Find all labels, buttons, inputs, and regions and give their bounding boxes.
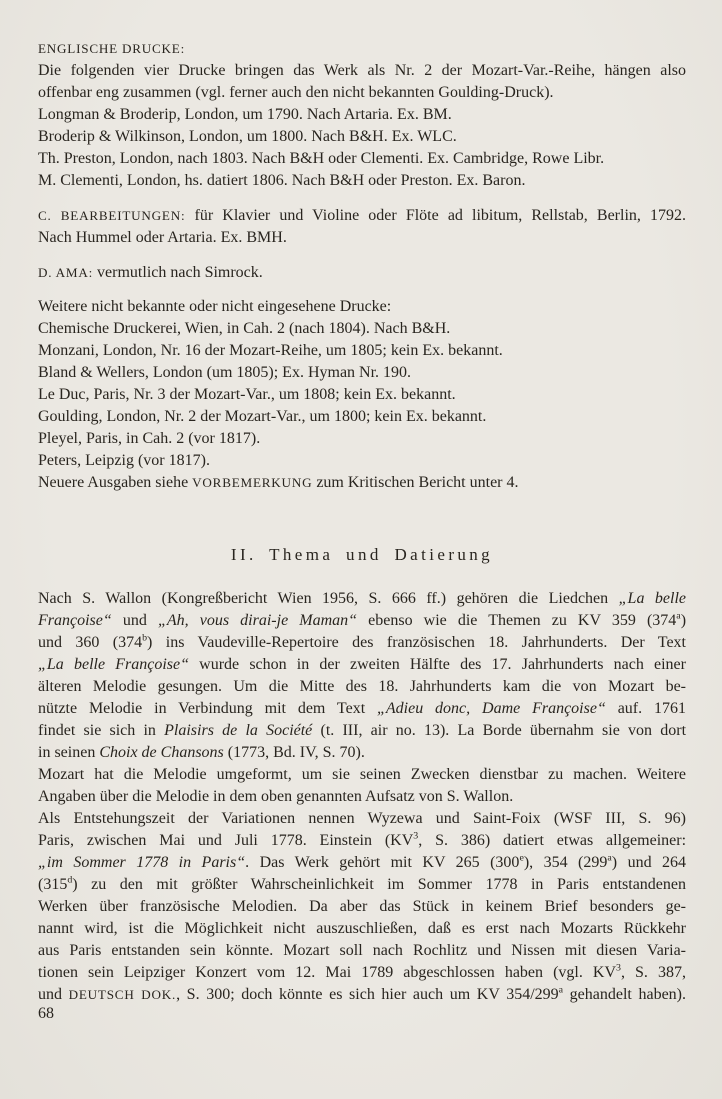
text-line: Neuere Ausgaben siehe VORBEMERKUNG zum K…: [38, 472, 686, 494]
paragraph-english-prints: Die folgenden vier Drucke bringen das We…: [38, 60, 686, 192]
text-segment: M. Clementi, London, hs. datiert 1806. N…: [38, 172, 525, 189]
text-segment: ) zu den mit größter Wahrscheinlichkeit …: [72, 876, 686, 893]
text-segment: nannt wird, ist die Möglichkeit nicht au…: [38, 920, 686, 937]
text-line: Bland & Wellers, London (um 1805); Ex. H…: [38, 362, 686, 384]
text-line: Nach S. Wallon (Kongreßbericht Wien 1956…: [38, 588, 686, 610]
text-segment: nützte Melodie in Verbindung mit dem Tex…: [38, 700, 377, 717]
text-segment: (315: [38, 876, 67, 893]
text-line: Pleyel, Paris, in Cah. 2 (vor 1817).: [38, 428, 686, 450]
text-segment: wurde schon in der zweiten Hälfte des 17…: [189, 656, 686, 673]
text-line: Mozart hat die Melodie umgeformt, um sie…: [38, 764, 686, 786]
text-line: in seinen Choix de Chansons (1773, Bd. I…: [38, 742, 686, 764]
text-segment: Peters, Leipzig (vor 1817).: [38, 452, 210, 469]
text-segment: Longman & Broderip, London, um 1790. Nac…: [38, 106, 452, 123]
text-segment: gehandelt haben).: [563, 986, 686, 1003]
section-english-prints: ENGLISCHE DRUCKE: Die folgenden vier Dru…: [38, 38, 686, 192]
text-segment: Mozart hat die Melodie umgeformt, um sie…: [38, 766, 686, 783]
text-line: Longman & Broderip, London, um 1790. Nac…: [38, 104, 686, 126]
text-segment: Plaisirs de la Société: [164, 722, 312, 739]
text-segment: , S. 386) datiert etwas allgemeiner:: [418, 832, 686, 849]
text-segment: vermutlich nach Simrock.: [93, 264, 263, 281]
text-segment: aus Paris entstanden sein könnte. Mozart…: [38, 942, 686, 959]
text-line: Broderip & Wilkinson, London, um 1800. N…: [38, 126, 686, 148]
paragraph-thema-und-datierung: Nach S. Wallon (Kongreßbericht Wien 1956…: [38, 588, 686, 1006]
text-segment: DEUTSCH DOK.: [69, 987, 176, 1002]
text-line: Die folgenden vier Drucke bringen das We…: [38, 60, 686, 82]
section-weitere-drucke: Weitere nicht bekannte oder nicht einges…: [38, 296, 686, 494]
text-segment: Choix de Chansons: [99, 744, 223, 761]
text-line: M. Clementi, London, hs. datiert 1806. N…: [38, 170, 686, 192]
text-segment: ) ins Vaudeville-Repertoire des französi…: [147, 634, 686, 651]
text-segment: D. AMA:: [38, 265, 93, 280]
text-line: D. AMA: vermutlich nach Simrock.: [38, 262, 686, 284]
text-line: Nach Hummel oder Artaria. Ex. BMH.: [38, 227, 686, 249]
text-segment: Th. Preston, London, nach 1803. Nach B&H…: [38, 150, 604, 167]
paragraph-ama: D. AMA: vermutlich nach Simrock.: [38, 262, 686, 284]
text-segment: findet sie sich in: [38, 722, 164, 739]
text-segment: Monzani, London, Nr. 16 der Mozart-Reihe…: [38, 342, 503, 359]
section-heading-thema-und-datierung: II. Thema und Datierung: [38, 544, 686, 566]
section-bearbeitungen: C. BEARBEITUNGEN: für Klavier und Violin…: [38, 205, 686, 249]
text-segment: Als Entstehungszeit der Variationen nenn…: [38, 810, 686, 827]
text-line: Chemische Druckerei, Wien, in Cah. 2 (na…: [38, 318, 686, 340]
text-segment: auf. 1761: [606, 700, 686, 717]
text-segment: ebenso wie die Themen zu KV 359 (374: [357, 612, 676, 629]
text-line: Weitere nicht bekannte oder nicht einges…: [38, 296, 686, 318]
section-label-english-prints: ENGLISCHE DRUCKE:: [38, 38, 686, 60]
text-segment: offenbar eng zusammen (vgl. ferner auch …: [38, 84, 554, 101]
page-number: 68: [38, 1003, 54, 1025]
text-segment: ) und 264: [612, 854, 686, 871]
text-line: Peters, Leipzig (vor 1817).: [38, 450, 686, 472]
scanned-book-page: ENGLISCHE DRUCKE: Die folgenden vier Dru…: [0, 0, 722, 1099]
text-segment: „Adieu donc, Dame Françoise“: [377, 700, 606, 717]
text-segment: Angaben über die Melodie in dem oben gen…: [38, 788, 513, 805]
text-line: älteren Melodie gesungen. Um die Mitte d…: [38, 676, 686, 698]
text-line: Françoise“ und „Ah, vous dirai-je Maman“…: [38, 610, 686, 632]
text-segment: Neuere Ausgaben siehe: [38, 474, 192, 491]
text-segment: und: [112, 612, 158, 629]
text-line: (315d) zu den mit größter Wahrscheinlich…: [38, 874, 686, 896]
text-segment: Die folgenden vier Drucke bringen das We…: [38, 62, 686, 79]
text-segment: Chemische Druckerei, Wien, in Cah. 2 (na…: [38, 320, 450, 337]
text-line: Goulding, London, Nr. 2 der Mozart-Var.,…: [38, 406, 686, 428]
text-segment: Nach Hummel oder Artaria. Ex. BMH.: [38, 229, 287, 246]
text-segment: Paris, zwischen Mai und Juli 1778. Einst…: [38, 832, 413, 849]
section-thema-und-datierung: Nach S. Wallon (Kongreßbericht Wien 1956…: [38, 588, 686, 1006]
text-segment: , S. 387,: [621, 964, 686, 981]
text-line: Werken über französische Melodien. Da ab…: [38, 896, 686, 918]
text-line: „im Sommer 1778 in Paris“. Das Werk gehö…: [38, 852, 686, 874]
text-line: nannt wird, ist die Möglichkeit nicht au…: [38, 918, 686, 940]
text-line: offenbar eng zusammen (vgl. ferner auch …: [38, 82, 686, 104]
text-segment: Werken über französische Melodien. Da ab…: [38, 898, 686, 915]
text-segment: Goulding, London, Nr. 2 der Mozart-Var.,…: [38, 408, 486, 425]
text-line: aus Paris entstanden sein könnte. Mozart…: [38, 940, 686, 962]
text-segment: und 360 (374: [38, 634, 142, 651]
text-segment: Le Duc, Paris, Nr. 3 der Mozart-Var., um…: [38, 386, 456, 403]
text-segment: Nach S. Wallon (Kongreßbericht Wien 1956…: [38, 590, 619, 607]
section-ama: D. AMA: vermutlich nach Simrock.: [38, 262, 686, 284]
text-line: tionen sein Leipziger Konzert vom 12. Ma…: [38, 962, 686, 984]
text-segment: Weitere nicht bekannte oder nicht einges…: [38, 298, 391, 315]
text-line: Als Entstehungszeit der Variationen nenn…: [38, 808, 686, 830]
text-line: C. BEARBEITUNGEN: für Klavier und Violin…: [38, 205, 686, 227]
text-segment: Françoise“: [38, 612, 112, 629]
text-segment: , S. 300; doch könnte es sich hier auch …: [176, 986, 559, 1003]
text-segment: „Ah, vous dirai-je Maman“: [158, 612, 357, 629]
text-segment: VORBEMERKUNG: [192, 475, 312, 490]
text-segment: Broderip & Wilkinson, London, um 1800. N…: [38, 128, 457, 145]
text-line: und 360 (374b) ins Vaudeville-Repertoire…: [38, 632, 686, 654]
text-segment: (t. III, air no. 13). La Borde übernahm …: [312, 722, 686, 739]
text-line: und DEUTSCH DOK., S. 300; doch könnte es…: [38, 984, 686, 1006]
text-segment: ): [681, 612, 686, 629]
text-segment: C. BEARBEITUNGEN:: [38, 208, 185, 223]
text-line: Le Duc, Paris, Nr. 3 der Mozart-Var., um…: [38, 384, 686, 406]
text-line: Angaben über die Melodie in dem oben gen…: [38, 786, 686, 808]
text-line: nützte Melodie in Verbindung mit dem Tex…: [38, 698, 686, 720]
text-segment: . Das Werk gehört mit KV 265 (300: [245, 854, 519, 871]
paragraph-bearbeitungen: C. BEARBEITUNGEN: für Klavier und Violin…: [38, 205, 686, 249]
text-line: Th. Preston, London, nach 1803. Nach B&H…: [38, 148, 686, 170]
text-segment: „im Sommer 1778 in Paris“: [38, 854, 245, 871]
text-segment: ), 354 (299: [524, 854, 608, 871]
text-segment: älteren Melodie gesungen. Um die Mitte d…: [38, 678, 686, 695]
text-segment: „La belle: [619, 590, 686, 607]
text-segment: zum Kritischen Bericht unter 4.: [312, 474, 518, 491]
text-segment: Pleyel, Paris, in Cah. 2 (vor 1817).: [38, 430, 260, 447]
text-segment: und: [38, 986, 69, 1003]
text-line: findet sie sich in Plaisirs de la Sociét…: [38, 720, 686, 742]
text-segment: für Klavier und Violine oder Flöte ad li…: [185, 207, 686, 224]
text-segment: tionen sein Leipziger Konzert vom 12. Ma…: [38, 964, 616, 981]
text-segment: „La belle Françoise“: [38, 656, 189, 673]
text-segment: in seinen: [38, 744, 99, 761]
text-line: Paris, zwischen Mai und Juli 1778. Einst…: [38, 830, 686, 852]
text-line: Monzani, London, Nr. 16 der Mozart-Reihe…: [38, 340, 686, 362]
text-segment: Bland & Wellers, London (um 1805); Ex. H…: [38, 364, 411, 381]
paragraph-weitere-drucke: Weitere nicht bekannte oder nicht einges…: [38, 296, 686, 494]
text-line: „La belle Françoise“ wurde schon in der …: [38, 654, 686, 676]
text-segment: (1773, Bd. IV, S. 70).: [224, 744, 365, 761]
